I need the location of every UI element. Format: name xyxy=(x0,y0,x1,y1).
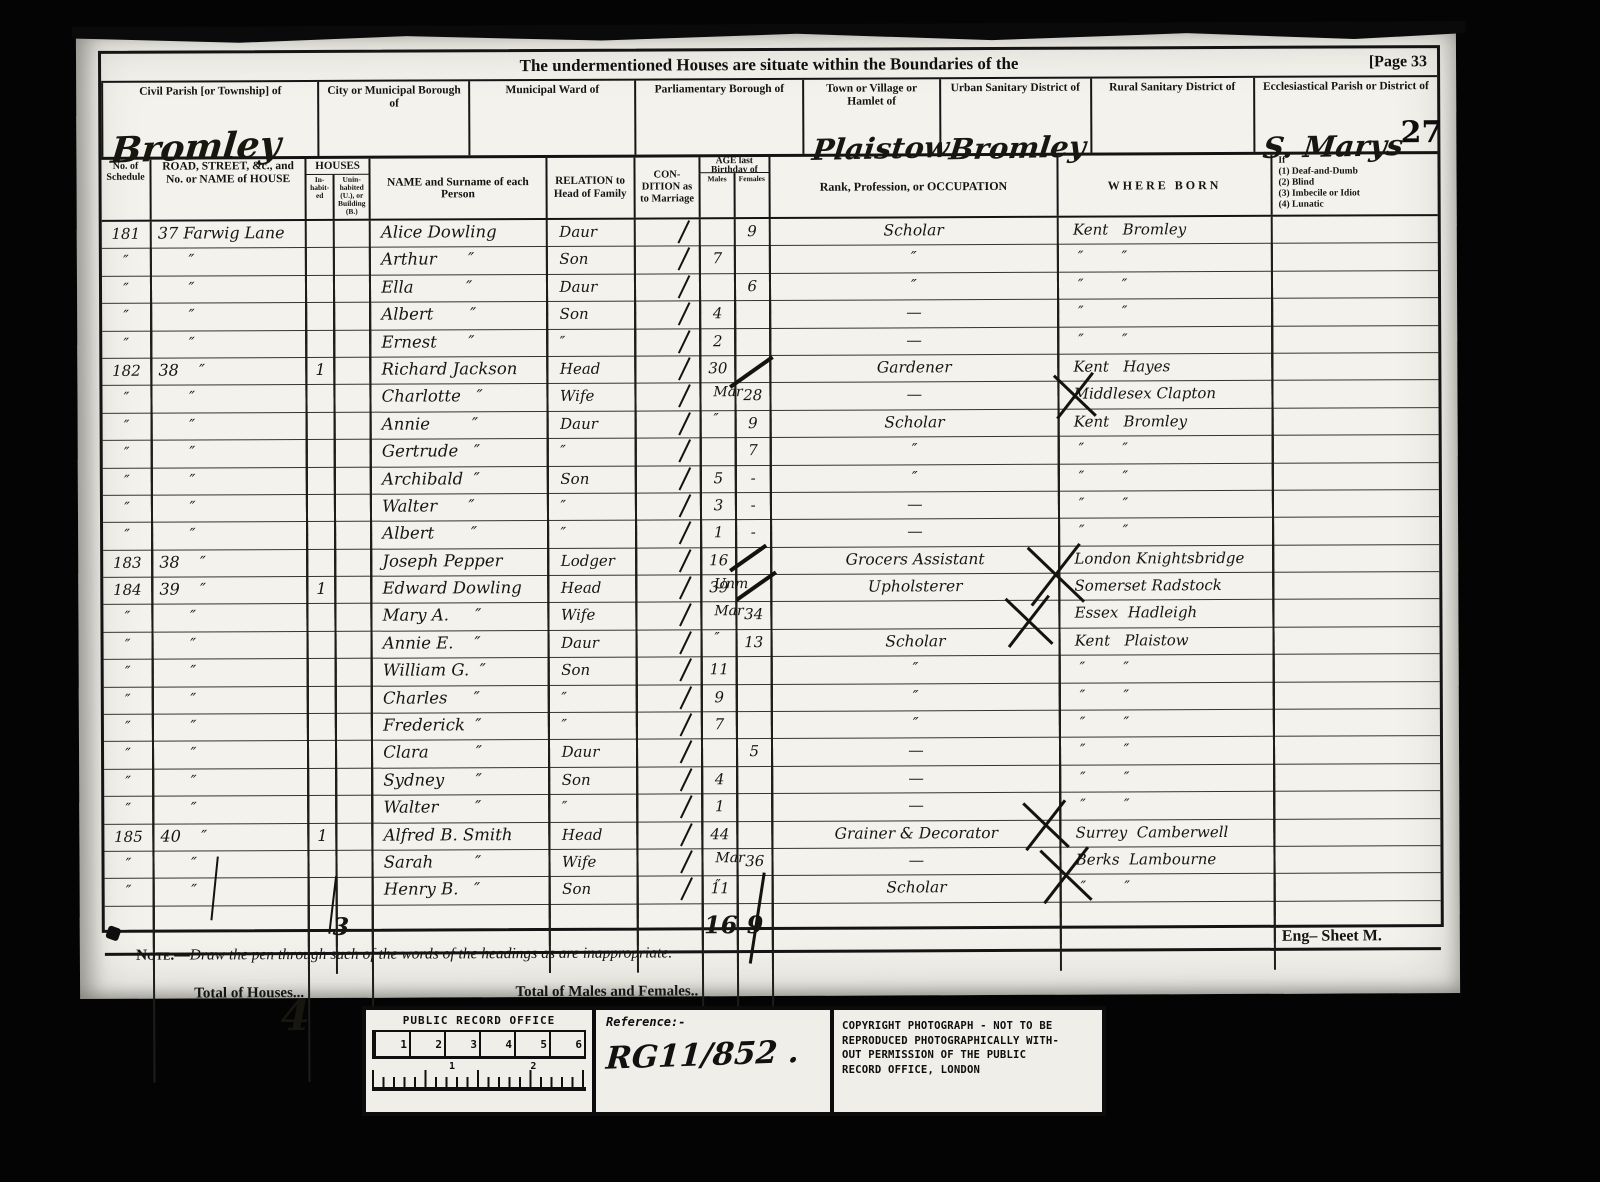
sheet-label: Eng– Sheet M. xyxy=(1282,927,1382,945)
district-field: Municipal Ward of xyxy=(468,81,634,156)
district-header: Civil Parish [or Township] of Bromley Ci… xyxy=(101,77,1437,160)
col-uninhabited: Unin-habited (U.), or Building (B.) xyxy=(333,175,369,219)
infirmity-line: (2) Blind xyxy=(1278,177,1431,189)
col-name: NAME and Surname of each Person xyxy=(369,158,546,219)
pen-mark xyxy=(679,467,692,490)
district-field: City or Municipal Borough of xyxy=(318,81,469,156)
ink-blot xyxy=(105,925,122,942)
pen-mark xyxy=(678,330,691,353)
infirmity-line: (4) Lunatic xyxy=(1279,199,1432,211)
ruler-inch-number: 6 xyxy=(549,1032,584,1056)
pen-mark xyxy=(680,795,693,818)
ruler-inch-number: 1 xyxy=(374,1032,409,1056)
pen-mark xyxy=(680,878,693,901)
col-females: Females xyxy=(733,173,768,217)
ruler-inch-number: 2 xyxy=(409,1032,444,1056)
district-field-label: Civil Parish [or Township] of xyxy=(103,82,317,99)
note-text: Draw the pen through such of the words o… xyxy=(190,944,673,963)
col-houses-group: HOUSES xyxy=(305,159,369,175)
condition-text: Mar xyxy=(714,603,743,619)
infirmity-line: (1) Deaf-and-Dumb xyxy=(1278,166,1431,178)
pen-mark xyxy=(678,412,691,435)
ruler-inch-scale: 123456 xyxy=(372,1030,586,1059)
col-age-group: AGE last Birthday of xyxy=(699,157,769,173)
pen-mark xyxy=(680,768,693,791)
census-form-frame: The undermentioned Houses are situate wi… xyxy=(98,45,1444,933)
pen-mark xyxy=(679,604,692,627)
condition-text: Unm xyxy=(714,576,748,592)
district-field-value: Bromley xyxy=(109,123,283,172)
pen-mark xyxy=(679,494,692,517)
district-field-value: Plaistow xyxy=(811,130,952,167)
pen-mark xyxy=(678,357,691,380)
condition-text: ″ xyxy=(715,877,720,893)
district-field: Town or Village or Hamlet of Plaistow xyxy=(802,79,939,154)
pen-mark xyxy=(679,521,692,544)
col-where-born: WHERE BORN xyxy=(1057,155,1271,216)
district-field: Civil Parish [or Township] of Bromley xyxy=(101,82,318,157)
form-note: Note.—Draw the pen through such of the w… xyxy=(136,944,672,964)
district-field-value: S. Marys xyxy=(1261,128,1405,165)
condition-text: Mar xyxy=(713,384,742,400)
copyright-line: OUT PERMISSION OF THE PUBLIC xyxy=(842,1048,1094,1063)
note-prefix: Note.— xyxy=(136,947,190,964)
district-field-label: Rural Sanitary District of xyxy=(1092,78,1253,95)
pen-mark xyxy=(678,248,691,271)
pro-stamp: PUBLIC RECORD OFFICE 123456 1 2 Referenc… xyxy=(362,1006,1106,1116)
district-field-label: Municipal Ward of xyxy=(470,81,634,98)
ruler-cm-number: 1 xyxy=(449,1061,455,1072)
ruler-cm-scale: 1 2 xyxy=(372,1061,586,1091)
col-males: Males xyxy=(699,173,734,217)
pen-mark xyxy=(1019,843,1109,909)
pen-mark xyxy=(680,686,693,709)
pen-mark xyxy=(679,631,692,654)
reference-value: RG11/852 . xyxy=(605,1033,821,1077)
district-field-label: Ecclesiastical Parish or District of xyxy=(1255,77,1437,94)
census-paper-sheet: The undermentioned Houses are situate wi… xyxy=(76,29,1460,999)
pen-mark xyxy=(680,658,693,681)
stamp-copyright-section: COPYRIGHT PHOTOGRAPH - NOT TO BEREPRODUC… xyxy=(830,1010,1102,1112)
pen-mark xyxy=(678,220,691,243)
col-relation: RELATION to Head of Family xyxy=(545,158,633,218)
copyright-line: RECORD OFFICE, LONDON xyxy=(842,1063,1094,1078)
col-condition: CON-DITION as to Marriage xyxy=(633,157,699,217)
district-field-label: Town or Village or Hamlet of xyxy=(804,79,938,109)
district-field-value: Bromley xyxy=(947,129,1087,166)
ruler-inch-number: 4 xyxy=(479,1032,514,1056)
table-header: No. of Schedule ROAD, STREET, &c., and N… xyxy=(101,154,1437,222)
pen-mark xyxy=(680,850,693,873)
pen-mark xyxy=(680,741,693,764)
condition-text: ″ xyxy=(714,631,719,647)
pen-mark xyxy=(678,385,691,408)
district-field: Urban Sanitary District of Bromley xyxy=(939,79,1090,154)
table-body: 181 37 Farwig Lane Alice Dowling Daur xyxy=(102,216,1441,907)
pen-mark xyxy=(678,302,691,325)
district-field: Parliamentary Borough of xyxy=(634,80,803,155)
pen-mark xyxy=(678,275,691,298)
district-field-label: Urban Sanitary District of xyxy=(941,79,1090,96)
stamp-office-name: PUBLIC RECORD OFFICE xyxy=(372,1014,586,1030)
condition-text: Mar xyxy=(715,850,744,866)
district-field-label: City or Municipal Borough of xyxy=(320,81,469,111)
district-field: Rural Sanitary District of xyxy=(1090,78,1253,153)
form-title: The undermentioned Houses are situate wi… xyxy=(101,52,1437,78)
pen-mark xyxy=(1039,369,1107,423)
reference-label: Reference:- xyxy=(606,1015,820,1029)
census-scan-page: The undermentioned Houses are situate wi… xyxy=(0,0,1600,1182)
ruler-inch-number: 3 xyxy=(444,1032,479,1056)
condition-text: ″ xyxy=(713,412,718,428)
folio-number: 27 xyxy=(1401,115,1443,150)
pen-mark xyxy=(679,576,692,599)
total-houses-label: Total of Houses... xyxy=(153,906,309,1083)
infirmity-line: (3) Imbecile or Idiot xyxy=(1279,188,1432,200)
scan-artifact-band xyxy=(72,21,1466,49)
ruler-inch-number: 5 xyxy=(514,1032,549,1056)
pen-mark xyxy=(679,439,692,462)
stamp-ruler-section: PUBLIC RECORD OFFICE 123456 1 2 xyxy=(366,1010,592,1112)
district-field-label: Parliamentary Borough of xyxy=(636,80,802,97)
pen-mark xyxy=(680,823,693,846)
ruler-cm-number: 2 xyxy=(530,1061,536,1072)
copyright-line: REPRODUCED PHOTOGRAPHICALLY WITH- xyxy=(842,1034,1094,1049)
col-inhabited: In-habit-ed xyxy=(305,175,333,219)
copyright-line: COPYRIGHT PHOTOGRAPH - NOT TO BE xyxy=(842,1019,1094,1034)
pen-mark xyxy=(680,713,693,736)
pen-mark xyxy=(679,549,692,572)
stamp-reference-section: Reference:- RG11/852 . xyxy=(592,1010,830,1112)
pen-mark xyxy=(983,591,1071,651)
page-number-label: [Page 33 xyxy=(1369,53,1427,71)
schedule-total: 4 xyxy=(105,906,154,1082)
